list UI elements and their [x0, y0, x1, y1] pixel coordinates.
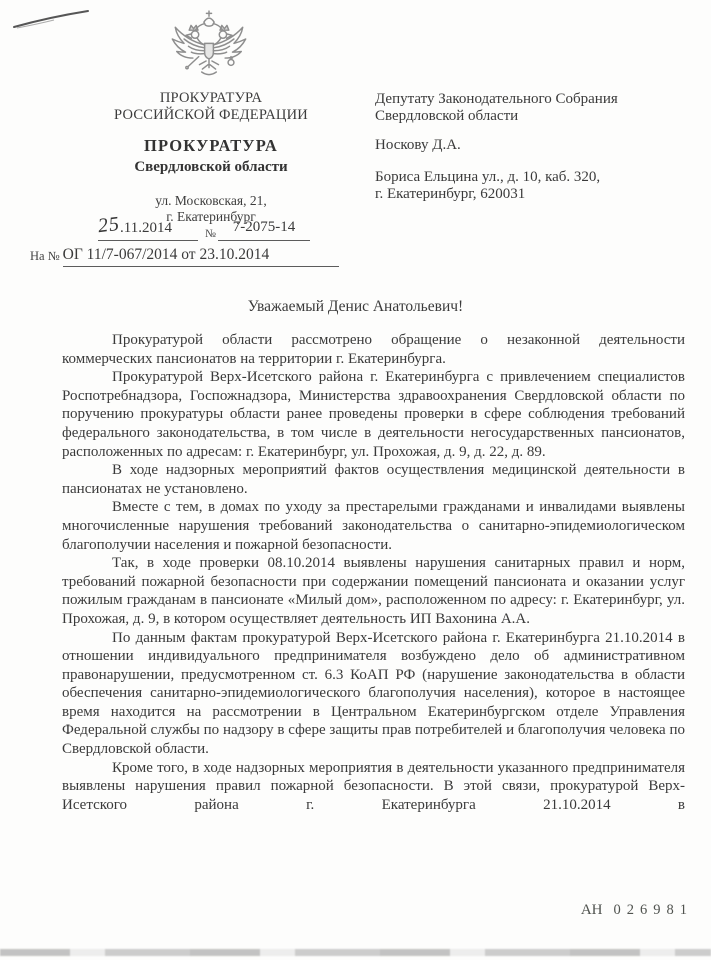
- body-paragraph: Так, в ходе проверки 08.10.2014 выявлены…: [62, 554, 685, 628]
- recipient-address-line2: г. Екатеринбург, 620031: [375, 186, 705, 203]
- scanned-letter-page: ПРОКУРАТУРА РОССИЙСКОЙ ФЕДЕРАЦИИ ПРОКУРА…: [0, 0, 711, 960]
- form-serial-series: АН: [581, 902, 603, 918]
- body-paragraph: Вместе с тем, в домах по уходу за преста…: [62, 498, 685, 554]
- body-paragraph: Прокуратурой области рассмотрено обращен…: [62, 331, 685, 368]
- recipient-name: Носкову Д.А.: [375, 137, 705, 154]
- coat-of-arms-icon: [165, 9, 253, 91]
- body-paragraph: По данным фактам прокуратурой Верх-Исетс…: [62, 629, 685, 759]
- form-serial-number: 026981: [614, 902, 694, 918]
- letterhead-org-line2: РОССИЙСКОЙ ФЕДЕРАЦИИ: [55, 107, 367, 124]
- form-serial: АН026981: [581, 902, 693, 919]
- letter-body: Прокуратурой области рассмотрено обращен…: [62, 331, 685, 814]
- incoming-reference-field: ОГ 11/7-067/2014 от 23.10.2014: [63, 246, 339, 267]
- outgoing-date-line: 25.11.2014 № 7-2075-14: [30, 219, 370, 241]
- handwritten-day: 25: [97, 217, 121, 234]
- recipient-title-line1: Депутату Законодательного Собрания: [375, 91, 705, 108]
- outgoing-number-field: 7-2075-14: [218, 219, 310, 241]
- reply-prefix-label: На №: [30, 249, 60, 267]
- recipient-title-line2: Свердловской области: [375, 108, 705, 125]
- letterhead-office-name: ПРОКУРАТУРА: [55, 136, 367, 156]
- outgoing-date-field: 25.11.2014: [98, 219, 198, 241]
- body-paragraph: Прокуратурой Верх-Исетского района г. Ек…: [62, 368, 685, 461]
- body-paragraph-cutoff: Кроме того, в ходе надзорных мероприятия…: [62, 759, 685, 815]
- letterhead: ПРОКУРАТУРА РОССИЙСКОЙ ФЕДЕРАЦИИ ПРОКУРА…: [55, 90, 367, 225]
- letterhead-office-region: Свердловской области: [55, 159, 367, 176]
- letterhead-address-line1: ул. Московская, 21,: [55, 193, 367, 209]
- incoming-reference-line: На № ОГ 11/7-067/2014 от 23.10.2014: [30, 246, 370, 267]
- outgoing-date-typed: .11.2014: [120, 220, 172, 236]
- body-paragraph: В ходе надзорных мероприятий фактов осущ…: [62, 461, 685, 498]
- pen-stroke-mark: [10, 5, 94, 33]
- reference-block: 25.11.2014 № 7-2075-14 На № ОГ 11/7-067/…: [30, 219, 370, 267]
- letterhead-org-line1: ПРОКУРАТУРА: [55, 90, 367, 107]
- scan-edge-artifact: [0, 949, 711, 956]
- recipient-block: Депутату Законодательного Собрания Сверд…: [375, 91, 705, 203]
- recipient-address-line1: Бориса Ельцина ул., д. 10, каб. 320,: [375, 169, 705, 186]
- salutation: Уважаемый Денис Анатольевич!: [0, 298, 711, 316]
- number-sign: №: [205, 228, 216, 240]
